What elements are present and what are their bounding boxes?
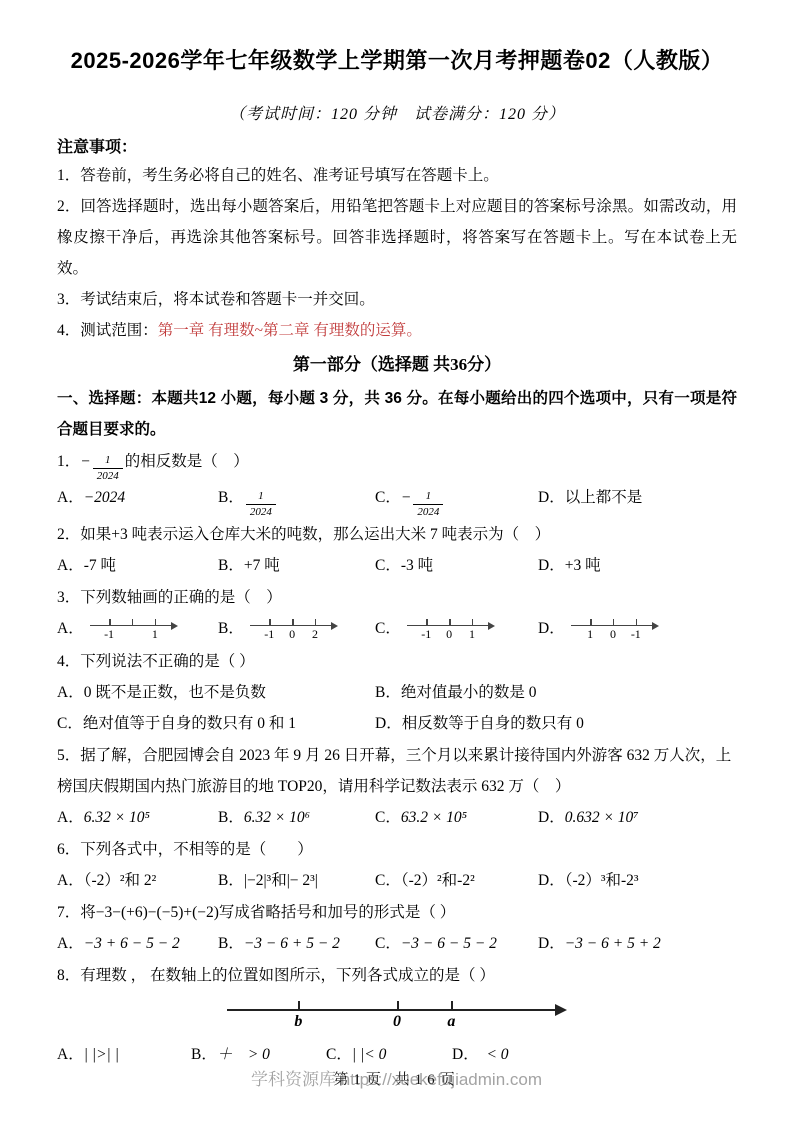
numberline-b: -102 xyxy=(250,615,338,645)
section1-heading: 第一部分（选择题 共36分） xyxy=(57,352,737,378)
question-4-stem: 4．下列说法不正确的是（ ） xyxy=(57,646,737,677)
question-6-options: A．（-2）²和 2² B．|−2|³和|− 2³| C．（-2）²和-2² D… xyxy=(57,865,737,896)
question-1-stem: 1．−12024的相反数是（ ） xyxy=(57,446,737,482)
exam-page: 2025-2026学年七年级数学上学期第一次月考押题卷02（人教版） （考试时间… xyxy=(0,0,793,1122)
notice-item-3: 3．考试结束后，将本试卷和答题卡一并交回。 xyxy=(57,284,737,315)
exam-meta: （考试时间：120 分钟 试卷满分：120 分） xyxy=(57,101,737,124)
option-d: D．+3 吨 xyxy=(538,550,737,581)
question-3-stem: 3．下列数轴画的正确的是（ ） xyxy=(57,582,737,613)
arrow-right-icon xyxy=(555,1004,567,1016)
question-4-options-row2: C．绝对值等于自身的数只有 0 和 1 D．相反数等于自身的数只有 0 xyxy=(57,708,737,739)
numberline-label-b: b xyxy=(294,1011,302,1033)
option-c: C．−3 − 6 − 5 − 2 xyxy=(375,928,538,959)
arrow-right-icon xyxy=(488,622,495,630)
option-b: B．|−2|³和|− 2³| xyxy=(218,865,375,896)
option-b: B．+7 吨 xyxy=(218,550,375,581)
question-7: 7．将−3−(+6)−(−5)+(−2)写成省略括号和加号的形式是（ ） A．−… xyxy=(57,897,737,959)
option-c: C．（-2）²和-2² xyxy=(375,865,538,896)
question-8-stem: 8．有理数 ， 在数轴上的位置如图所示，下列各式成立的是（ ） xyxy=(57,960,737,991)
fraction: 12024 xyxy=(93,455,123,482)
question-4: 4．下列说法不正确的是（ ） A．0 既不是正数，也不是负数 B．绝对值最小的数… xyxy=(57,646,737,739)
option-c: C．63.2 × 10⁵ xyxy=(375,802,538,833)
notice-item-4: 4．测试范围：第一章 有理数~第二章 有理数的运算。 xyxy=(57,315,737,346)
question-3: 3．下列数轴画的正确的是（ ） A．-11 B．-102 C．-101 D．10… xyxy=(57,582,737,645)
page-number: 第1页 共16页 xyxy=(333,1068,459,1089)
question-5-options: A．6.32 × 10⁵ B．6.32 × 10⁶ C．63.2 × 10⁵ D… xyxy=(57,802,737,833)
page-title: 2025-2026学年七年级数学上学期第一次月考押题卷02（人教版） xyxy=(57,46,737,76)
notice-item-4-prefix: 4．测试范围： xyxy=(57,322,158,339)
option-a: A．6.32 × 10⁵ xyxy=(57,802,218,833)
option-c: C．-3 吨 xyxy=(375,550,538,581)
question-7-options: A．−3 + 6 − 5 − 2 B．−3 − 6 + 5 − 2 C．−3 −… xyxy=(57,928,737,959)
test-scope-text: 第一章 有理数~第二章 有理数的运算。 xyxy=(158,322,422,339)
option-a: A．−2024 xyxy=(57,482,218,513)
question-8: 8．有理数 ， 在数轴上的位置如图所示，下列各式成立的是（ ） b 0 a A．… xyxy=(57,960,737,1070)
option-b: B．-102 xyxy=(218,613,375,645)
question-5-stem: 5．据了解，合肥园博会自 2023 年 9 月 26 日开幕，三个月以来累计接待… xyxy=(57,740,737,802)
numberline-a: -11 xyxy=(90,615,178,645)
question-2-stem: 2．如果+3 吨表示运入仓库大米的吨数，那么运出大米 7 吨表示为（ ） xyxy=(57,519,737,550)
question-6: 6．下列各式中，不相等的是（ ） A．（-2）²和 2² B．|−2|³和|− … xyxy=(57,834,737,896)
question-2-options: A．-7 吨 B．+7 吨 C．-3 吨 D．+3 吨 xyxy=(57,550,737,581)
arrow-right-icon xyxy=(652,622,659,630)
question-2: 2．如果+3 吨表示运入仓库大米的吨数，那么运出大米 7 吨表示为（ ） A．-… xyxy=(57,519,737,581)
question-8-numberline: b 0 a xyxy=(227,995,567,1037)
option-b: B．−3 − 6 + 5 − 2 xyxy=(218,928,375,959)
numberline-label-a: a xyxy=(447,1011,455,1033)
numberline-label-0: 0 xyxy=(393,1011,401,1033)
option-b: B．12024 xyxy=(218,482,375,518)
page-footer: 学科资源库 https://xuekefujiadmin.com 第1页 共16… xyxy=(0,1062,793,1096)
option-c: C．绝对值等于自身的数只有 0 和 1 xyxy=(57,708,375,739)
notices-heading: 注意事项： xyxy=(57,136,737,160)
option-d: D．（-2）³和-2³ xyxy=(538,865,737,896)
option-d: D．10-1 xyxy=(538,613,737,645)
question-3-options: A．-11 B．-102 C．-101 D．10-1 xyxy=(57,613,737,645)
option-a: A．-7 吨 xyxy=(57,550,218,581)
option-d: D．0.632 × 10⁷ xyxy=(538,802,737,833)
option-a: A．−3 + 6 − 5 − 2 xyxy=(57,928,218,959)
notices-section: 注意事项： 1．答卷前，考生务必将自己的姓名、准考证号填写在答题卡上。 2．回答… xyxy=(57,136,737,346)
question-1-options: A．−2024 B．12024 C．−12024 D．以上都不是 xyxy=(57,482,737,518)
question-5: 5．据了解，合肥园博会自 2023 年 9 月 26 日开幕，三个月以来累计接待… xyxy=(57,740,737,833)
option-b: B．6.32 × 10⁶ xyxy=(218,802,375,833)
fraction: 12024 xyxy=(246,491,276,518)
option-b: B．绝对值最小的数是 0 xyxy=(375,677,737,708)
option-c: C．−12024 xyxy=(375,482,538,518)
question-6-stem: 6．下列各式中，不相等的是（ ） xyxy=(57,834,737,865)
option-c: C．-101 xyxy=(375,613,538,645)
section1-intro: 一、选择题：本题共12 小题，每小题 3 分，共 36 分。在每小题给出的四个选… xyxy=(57,383,737,445)
option-a: A．0 既不是正数，也不是负数 xyxy=(57,677,375,708)
question-4-options-row1: A．0 既不是正数，也不是负数 B．绝对值最小的数是 0 xyxy=(57,677,737,708)
question-1: 1．−12024的相反数是（ ） A．−2024 B．12024 C．−1202… xyxy=(57,446,737,518)
arrow-right-icon xyxy=(171,622,178,630)
option-d: D．−3 − 6 + 5 + 2 xyxy=(538,928,737,959)
fraction: 12024 xyxy=(413,491,443,518)
notice-item-1: 1．答卷前，考生务必将自己的姓名、准考证号填写在答题卡上。 xyxy=(57,160,737,191)
notice-item-2: 2．回答选择题时，选出每小题答案后，用铅笔把答题卡上对应题目的答案标号涂黑。如需… xyxy=(57,191,737,284)
arrow-right-icon xyxy=(331,622,338,630)
question-7-stem: 7．将−3−(+6)−(−5)+(−2)写成省略括号和加号的形式是（ ） xyxy=(57,897,737,928)
numberline-c: -101 xyxy=(407,615,495,645)
option-d: D．以上都不是 xyxy=(538,482,737,513)
question-1-number: 1． xyxy=(57,453,80,470)
option-a: A．（-2）²和 2² xyxy=(57,865,218,896)
option-a: A．-11 xyxy=(57,613,218,645)
numberline-d: 10-1 xyxy=(571,615,659,645)
option-d: D．相反数等于自身的数只有 0 xyxy=(375,708,737,739)
